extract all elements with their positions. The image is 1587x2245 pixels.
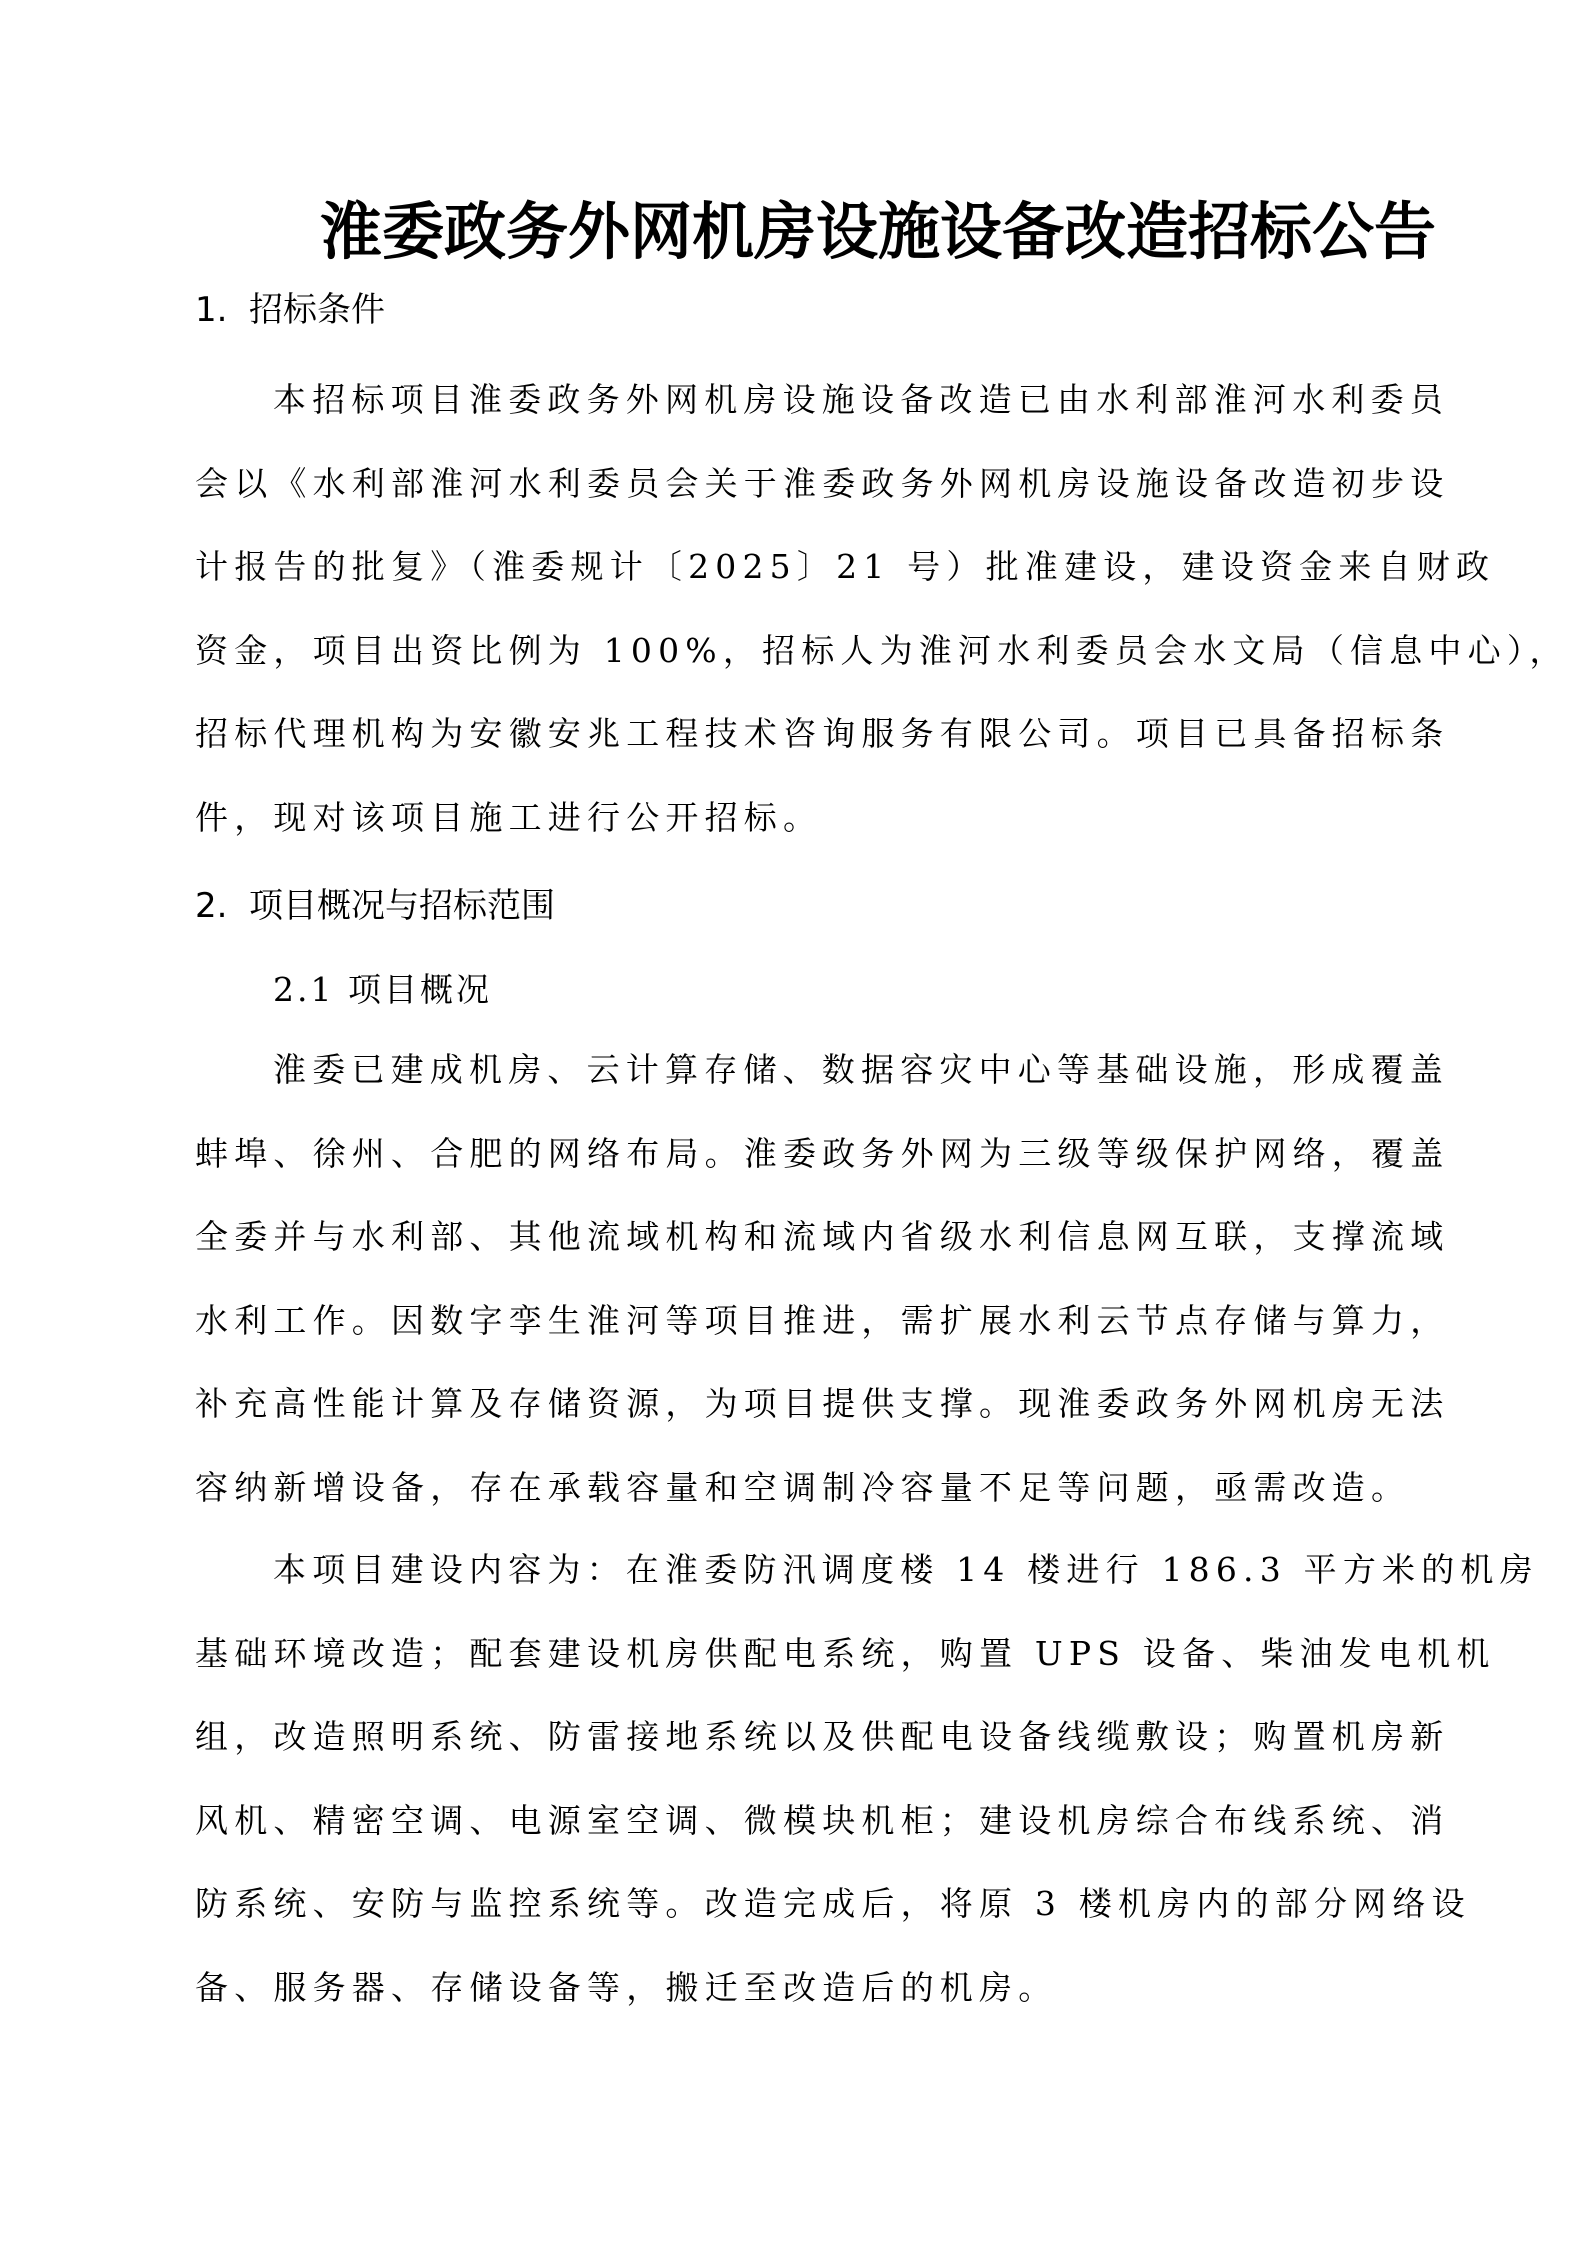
paragraph-construction-scope: 本项目建设内容为：在淮委防汛调度楼 14 楼进行 186.3 平方米的机房 基础… <box>195 1528 1405 2029</box>
paragraph-line: 补充高性能计算及存储资源，为项目提供支撑。现淮委政务外网机房无法 <box>195 1362 1405 1446</box>
paragraph-line: 基础环境改造；配套建设机房供配电系统，购置 UPS 设备、柴油发电机机 <box>195 1612 1405 1696</box>
section-number: 1. <box>195 288 249 332</box>
paragraph-line: 水利工作。因数字孪生淮河等项目推进，需扩展水利云节点存储与算力， <box>195 1279 1405 1363</box>
paragraph-line: 会以《水利部淮河水利委员会关于淮委政务外网机房设施设备改造初步设 <box>195 442 1405 526</box>
paragraph-line: 风机、精密空调、电源室空调、微模块机柜；建设机房综合布线系统、消 <box>195 1779 1405 1863</box>
section-heading-2: 2.项目概况与招标范围 <box>195 884 555 928</box>
paragraph-line: 蚌埠、徐州、合肥的网络布局。淮委政务外网为三级等级保护网络，覆盖 <box>195 1112 1405 1196</box>
paragraph-line: 本招标项目淮委政务外网机房设施设备改造已由水利部淮河水利委员 <box>195 358 1405 442</box>
paragraph-line: 备、服务器、存储设备等，搬迁至改造后的机房。 <box>195 1946 1405 2030</box>
paragraph-bid-conditions: 本招标项目淮委政务外网机房设施设备改造已由水利部淮河水利委员 会以《水利部淮河水… <box>195 358 1405 859</box>
paragraph-line: 淮委已建成机房、云计算存储、数据容灾中心等基础设施，形成覆盖 <box>195 1028 1405 1112</box>
section-heading-text: 招标条件 <box>249 290 385 330</box>
document-page: 淮委政务外网机房设施设备改造招标公告 1.招标条件 本招标项目淮委政务外网机房设… <box>0 0 1587 2245</box>
subsection-heading-2-1: 2.1 项目概况 <box>273 968 492 1012</box>
paragraph-line: 件，现对该项目施工进行公开招标。 <box>195 776 1405 860</box>
paragraph-line: 防系统、安防与监控系统等。改造完成后，将原 3 楼机房内的部分网络设 <box>195 1862 1405 1946</box>
paragraph-line: 全委并与水利部、其他流域机构和流域内省级水利信息网互联，支撑流域 <box>195 1195 1405 1279</box>
paragraph-line: 本项目建设内容为：在淮委防汛调度楼 14 楼进行 186.3 平方米的机房 <box>195 1528 1405 1612</box>
paragraph-line: 计报告的批复》（淮委规计〔2025〕21 号）批准建设，建设资金来自财政 <box>195 525 1405 609</box>
paragraph-line: 组，改造照明系统、防雷接地系统以及供配电设备线缆敷设；购置机房新 <box>195 1695 1405 1779</box>
paragraph-project-overview: 淮委已建成机房、云计算存储、数据容灾中心等基础设施，形成覆盖 蚌埠、徐州、合肥的… <box>195 1028 1405 1529</box>
page-title: 淮委政务外网机房设施设备改造招标公告 <box>320 196 1400 268</box>
section-heading-text: 项目概况与招标范围 <box>249 886 555 926</box>
section-heading-1: 1.招标条件 <box>195 288 385 332</box>
paragraph-line: 资金，项目出资比例为 100%，招标人为淮河水利委员会水文局（信息中心）， <box>195 609 1405 693</box>
paragraph-line: 招标代理机构为安徽安兆工程技术咨询服务有限公司。项目已具备招标条 <box>195 692 1405 776</box>
section-number: 2. <box>195 884 249 928</box>
paragraph-line: 容纳新增设备，存在承载容量和空调制冷容量不足等问题，亟需改造。 <box>195 1446 1405 1530</box>
